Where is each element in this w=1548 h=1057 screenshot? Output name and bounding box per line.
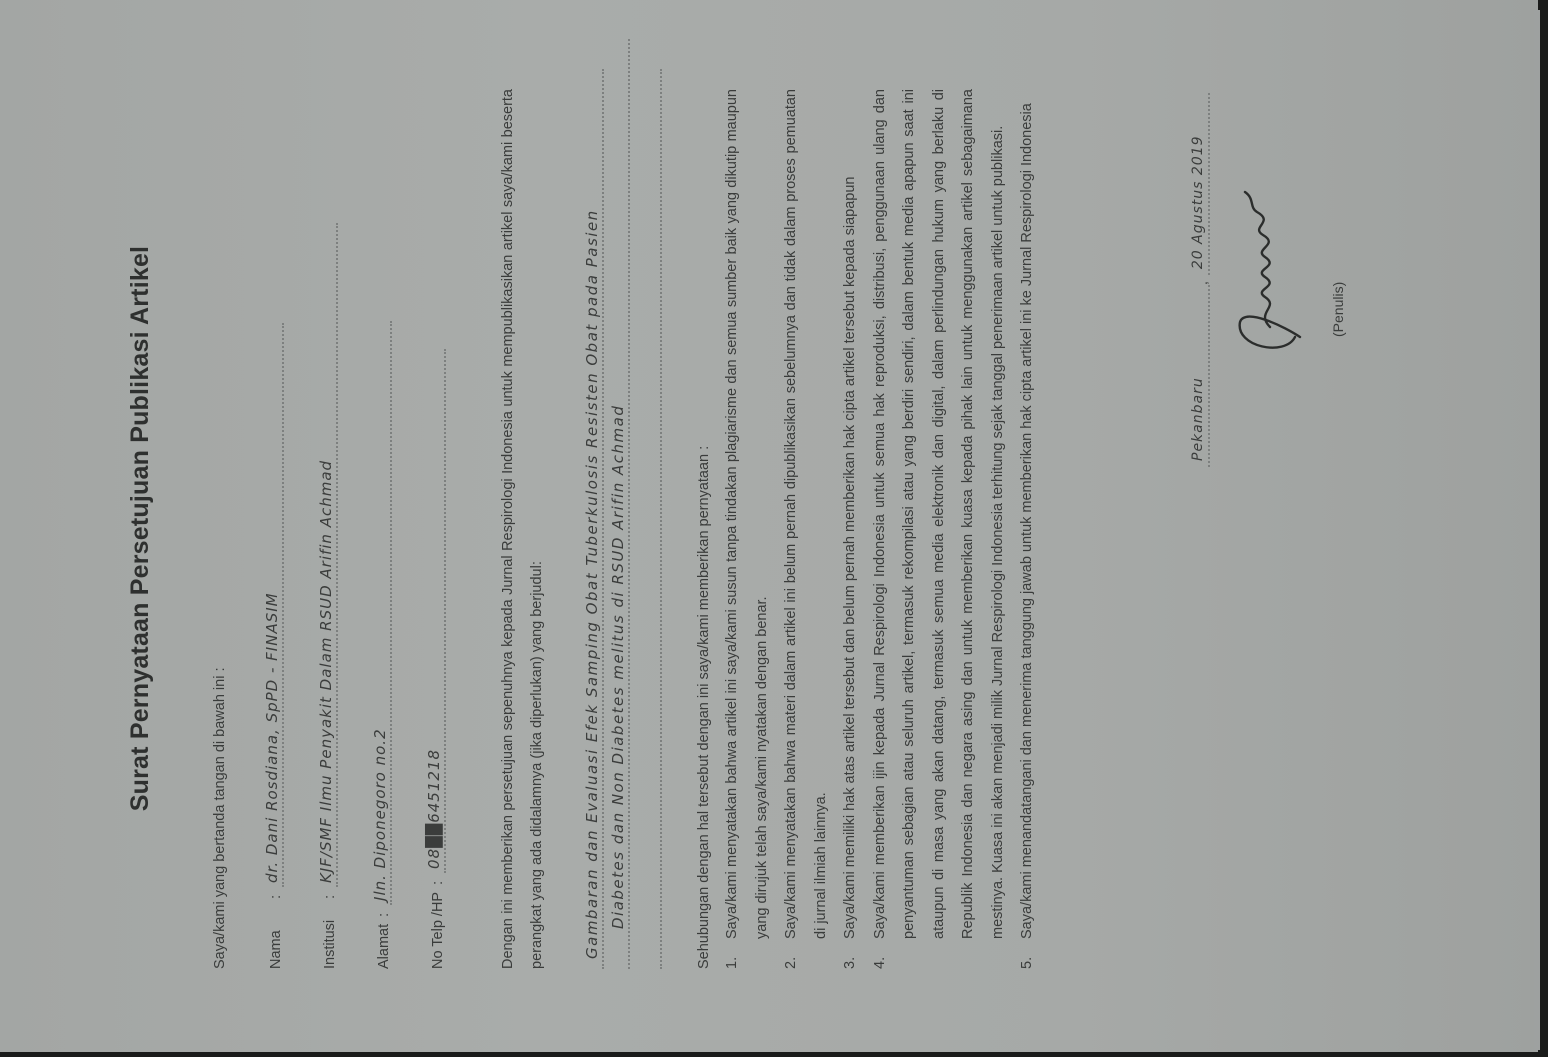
field-alamat: Alamat : Jln. Diponegoro no.2 [370, 321, 392, 969]
colon: : [268, 895, 284, 899]
statement-item: 4.Saya/kami memberikan ijin kepada Jurna… [866, 89, 1014, 969]
article-title-line-2: Diabetes dan Non Diabetes melitus di RSU… [608, 39, 630, 969]
article-title-line-3 [640, 69, 662, 969]
article-title-line-1: Gambaran dan Evaluasi Efek Samping Obat … [582, 69, 604, 969]
colon: : [376, 913, 392, 917]
field-value-name: dr. Dani Rosdiana, SpPD - FINASIM [262, 323, 284, 887]
consent-paragraph: Dengan ini memberikan persetujuan sepenu… [494, 89, 552, 969]
signature-image [1225, 167, 1315, 367]
comma: , [1194, 281, 1210, 285]
colon: : [430, 881, 446, 885]
statement-item: 2.Saya/kami menyatakan bahwa materi dala… [777, 89, 836, 969]
consent-letter: Surat Pernyataan Persetujuan Publikasi A… [0, 0, 1548, 1057]
statement-item: 1.Saya/kami menyatakan bahwa artikel ini… [718, 89, 777, 969]
field-value-institution: KJF/SMF Ilmu Penyakit Dalam RSUD Arifin … [316, 223, 338, 887]
field-label: Alamat [376, 917, 392, 969]
statements-list: 1.Saya/kami menyatakan bahwa artikel ini… [718, 89, 1043, 969]
place: Pekanbaru [1188, 285, 1210, 467]
field-value-phone: 08██6451218 [424, 349, 446, 873]
intro-text: Saya/kami yang bertanda tangan di bawah … [212, 668, 228, 969]
statement-item: 5.Saya/kami menandatangani dan menerima … [1013, 89, 1043, 969]
document-title: Surat Pernyataan Persetujuan Publikasi A… [126, 0, 155, 1057]
field-nama: Nama : dr. Dani Rosdiana, SpPD - FINASIM [262, 323, 284, 969]
signer-role: (Penulis) [1330, 282, 1346, 337]
statement-item: 3.Saya/kami memiliki hak atas artikel te… [836, 89, 866, 969]
field-label: Institusi [322, 899, 338, 969]
field-value-address: Jln. Diponegoro no.2 [370, 321, 392, 905]
statement-intro: Sehubungan dengan hal tersebut dengan in… [690, 89, 719, 969]
field-telp: No Telp /HP : 08██6451218 [424, 349, 446, 969]
colon: : [322, 895, 338, 899]
place-date: Pekanbaru , 20 Agustus 2019 [1188, 93, 1210, 467]
field-label: Nama [268, 899, 284, 969]
field-institusi: Institusi : KJF/SMF Ilmu Penyakit Dalam … [316, 223, 338, 969]
field-label: No Telp /HP [430, 885, 446, 969]
date: 20 Agustus 2019 [1188, 93, 1210, 275]
